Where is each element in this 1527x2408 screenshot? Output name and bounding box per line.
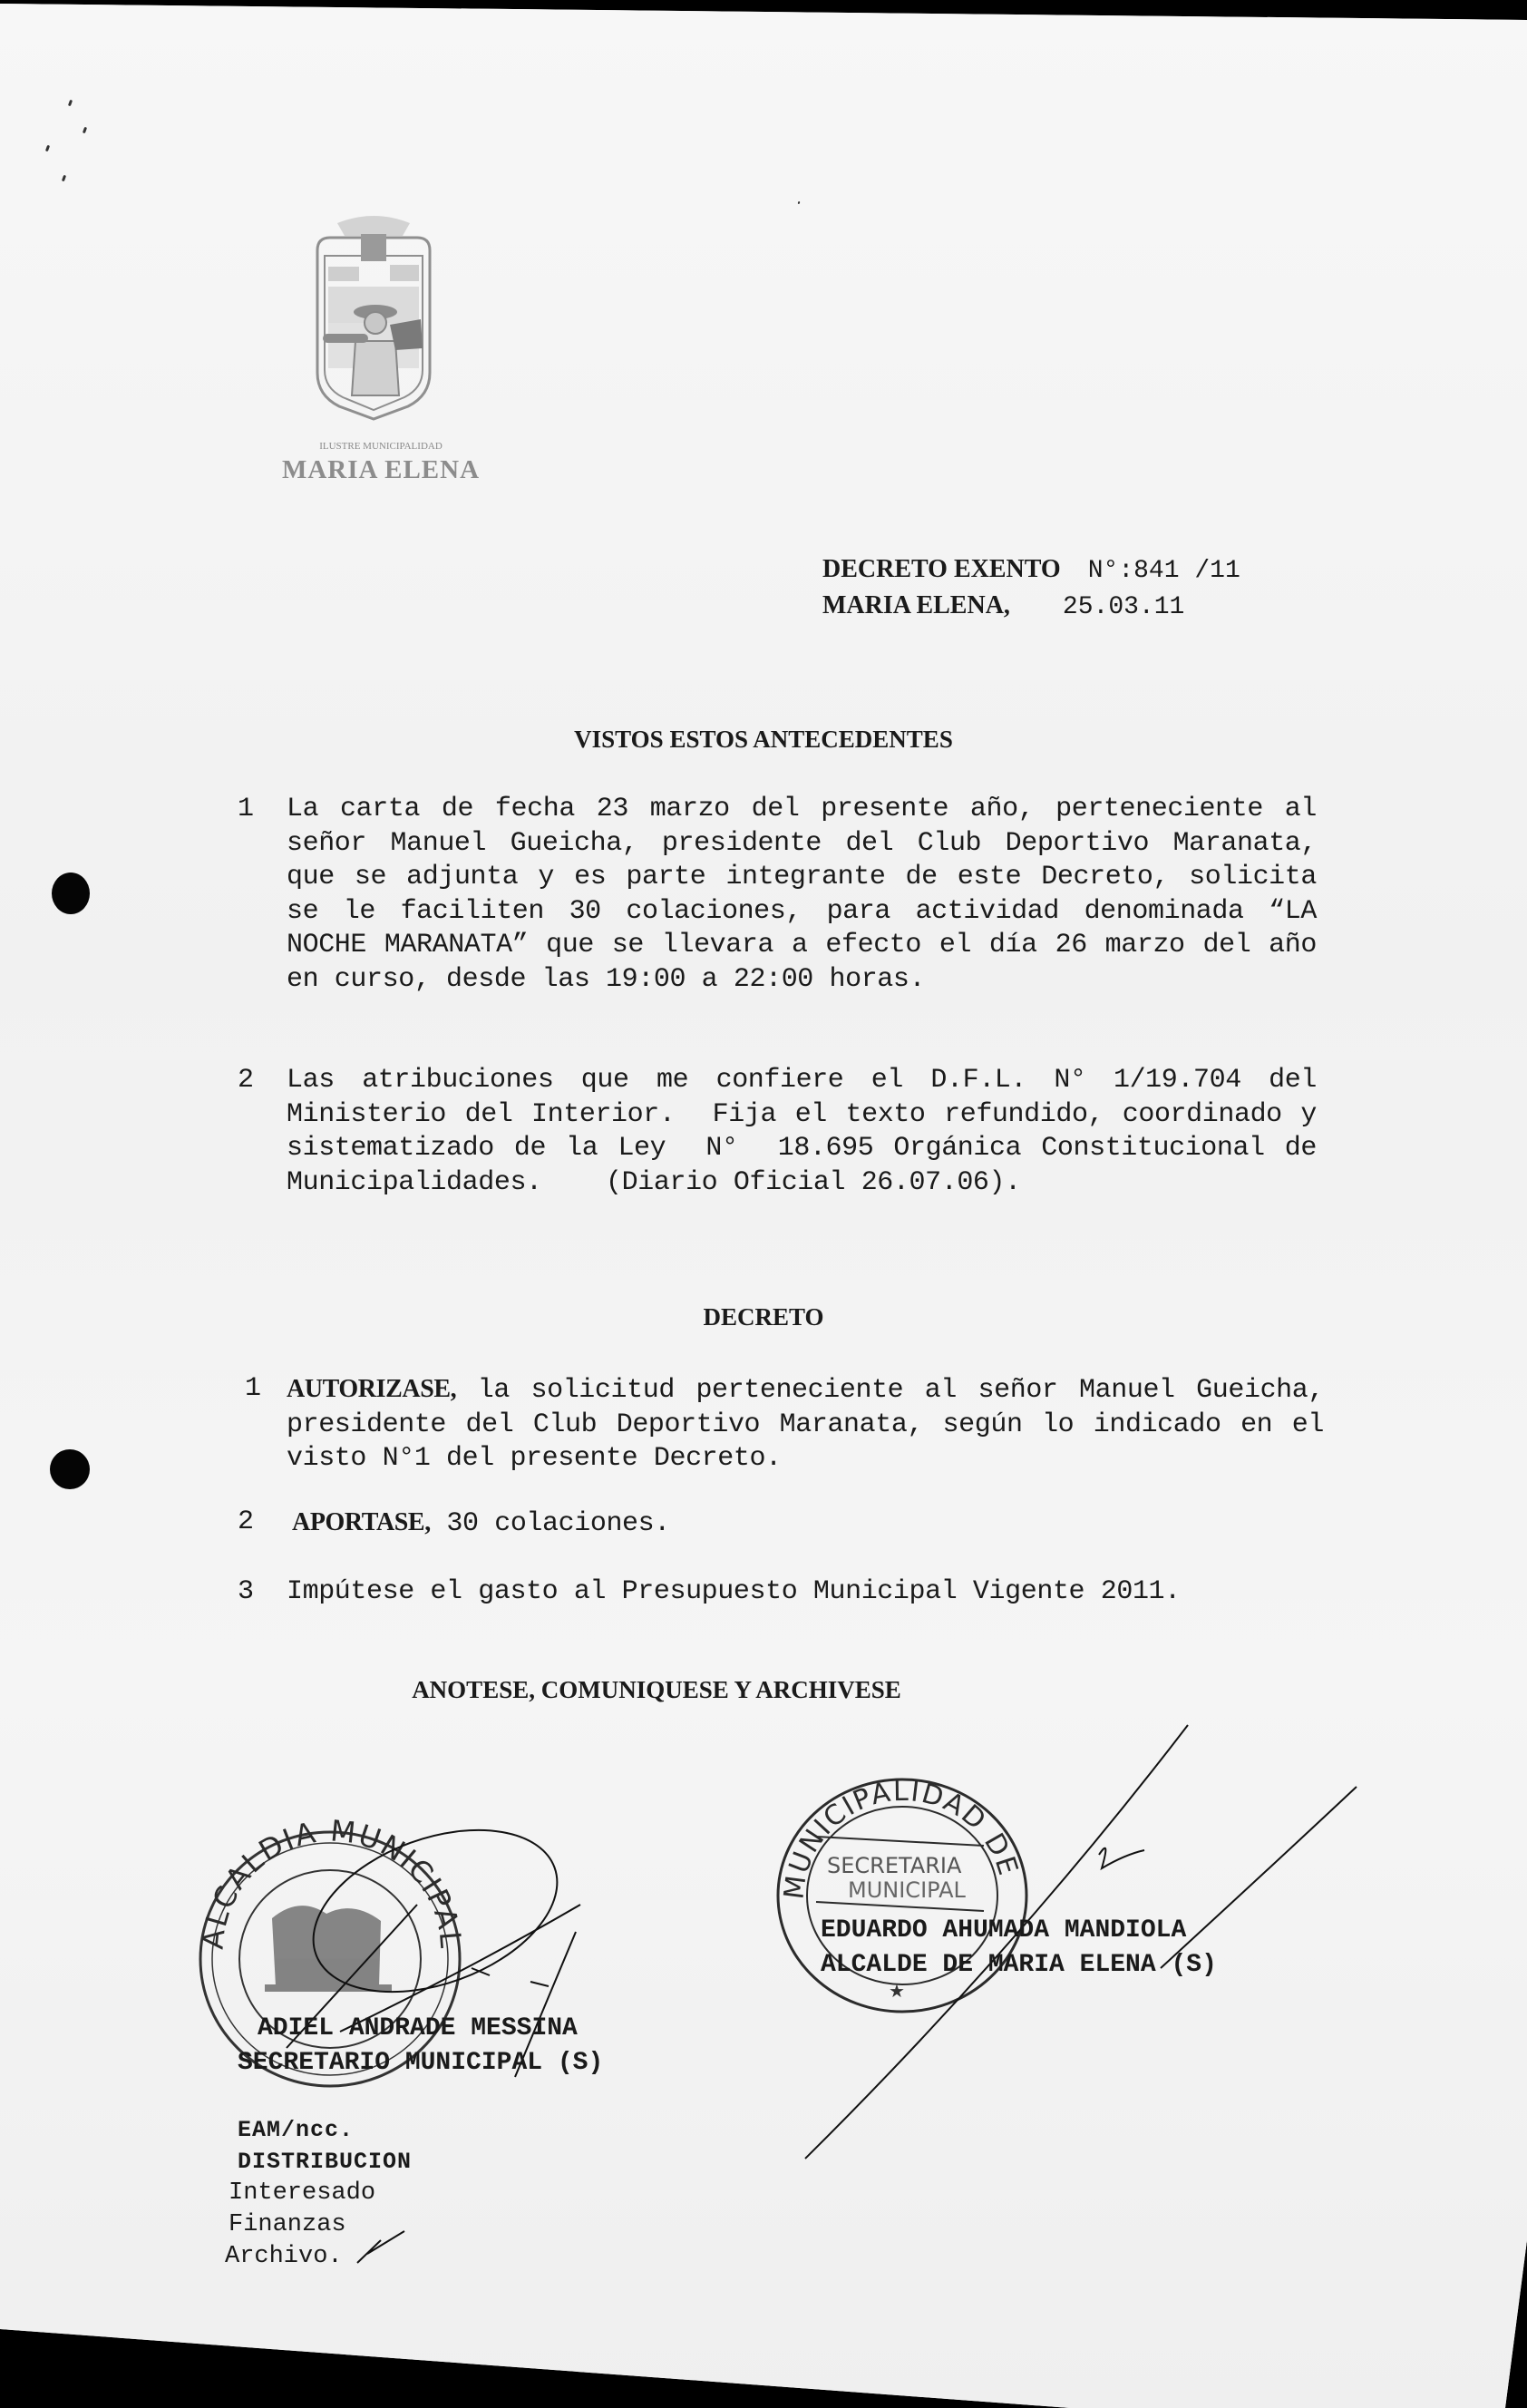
recipient-2: Finanzas — [229, 2209, 412, 2241]
mayor-title: ALCALDE DE MARIA ELENA (S) — [821, 1948, 1217, 1983]
secretary-title: SECRETARIO MUNICIPAL (S) — [238, 2046, 603, 2081]
svg-text:MUNICIPALIDAD DE MARIA ELENA: MUNICIPALIDAD DE MARIA ELENA — [0, 0, 1026, 1901]
distribution-footer: EAM/ncc. DISTRIBUCION Interesado Finanza… — [236, 2114, 412, 2273]
svg-text:MUNICIPAL: MUNICIPAL — [848, 1877, 966, 1903]
author-initials: EAM/ncc. — [238, 2114, 412, 2146]
distribution-label: DISTRIBUCION — [238, 2146, 412, 2178]
stamps-and-signatures: MUNICIPALIDAD DE MARIA ELENA SECRETARIA … — [0, 0, 1527, 2408]
recipient-1: Interesado — [229, 2178, 412, 2209]
svg-text:SECRETARIA: SECRETARIA — [827, 1853, 962, 1878]
recipient-3: Archivo. — [225, 2241, 412, 2273]
secretary-signature-block: ADIEL ANDRADE MESSINA SECRETARIO MUNICIP… — [238, 2012, 603, 2081]
mayor-name: EDUARDO AHUMADA MANDIOLA — [821, 1914, 1217, 1948]
chile-coat-of-arms-icon — [265, 1906, 392, 1992]
svg-text:★: ★ — [889, 1980, 905, 2002]
mayor-signature-block: EDUARDO AHUMADA MANDIOLA ALCALDE DE MARI… — [821, 1914, 1217, 1983]
secretary-name: ADIEL ANDRADE MESSINA — [258, 2012, 603, 2046]
